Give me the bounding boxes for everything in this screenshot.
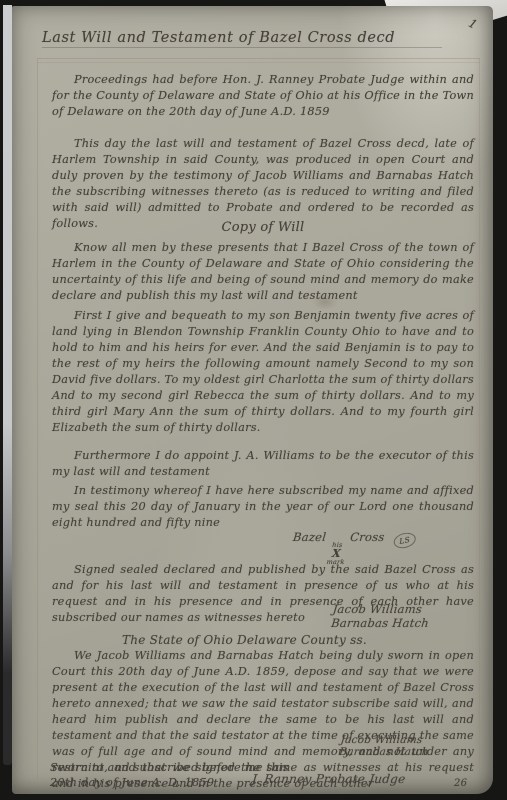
probate-witnesses: Jacob Williams Barnabas Hatch	[339, 734, 431, 758]
seal-icon: LS	[393, 531, 417, 550]
probate-heading: The State of Ohio Delaware County ss.	[122, 632, 367, 648]
attestation-witness-2: Barnabas Hatch	[331, 616, 430, 630]
document-title: Last Will and Testament of Bazel Cross d…	[42, 30, 442, 48]
copy-of-will-heading: Copy of Will	[52, 220, 474, 236]
ruled-frame-top	[37, 58, 480, 63]
ruled-frame-right	[479, 58, 480, 780]
testator-signature-first: Bazel	[292, 530, 327, 544]
probate-witness-1: Jacob Williams	[340, 734, 431, 746]
corner-mark: 1	[466, 15, 480, 33]
proceedings-paragraph-1: Proceedings had before Hon. J. Ranney Pr…	[52, 72, 474, 120]
sworn-before-line-2: 20th day of June A. D. 1859	[50, 775, 214, 791]
attestation-witnesses: Jacob Williams Barnabas Hatch	[331, 602, 432, 630]
attestation-witness-1: Jacob Williams	[332, 602, 431, 616]
proceedings-paragraph-2: This day the last will and testament of …	[52, 136, 474, 232]
will-bequests-paragraph: First I give and bequeath to my son Benj…	[52, 308, 474, 436]
judge-signature: J. Ranney Probate Judge	[251, 772, 406, 786]
photo-background: 1 Last Will and Testament of Bazel Cross…	[0, 0, 507, 800]
testator-signature: BazelhisXmarkCrossLS	[290, 530, 417, 565]
probate-witness-2: Barnabas Hatch	[339, 746, 430, 758]
will-intro-paragraph: Know all men by these presents that I Ba…	[52, 240, 474, 304]
his-mark-x: X	[332, 549, 342, 559]
will-testimonium-paragraph: In testimony whereof I have here subscri…	[52, 483, 474, 531]
adjacent-page-edge	[3, 5, 12, 765]
page-number: 26	[454, 776, 467, 792]
testator-signature-last: Cross	[350, 530, 386, 544]
will-executor-paragraph: Furthermore I do appoint J. A. Williams …	[52, 448, 474, 480]
ruled-frame-left	[37, 58, 38, 780]
paper-page: 1 Last Will and Testament of Bazel Cross…	[12, 6, 493, 794]
